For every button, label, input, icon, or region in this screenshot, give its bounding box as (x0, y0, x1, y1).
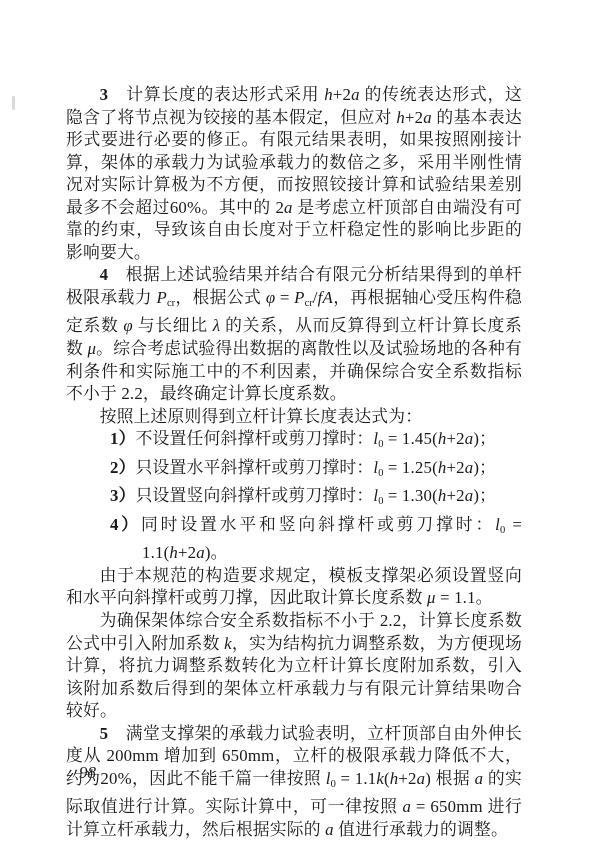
list-item-1: 1）不设置任何斜撑杆或剪刀撑时：l0 = 1.45(h+2a)； (66, 428, 522, 457)
document-page: 3 计算长度的表达形式采用 h+2a 的传统表达形式，这隐含了将节点视为铰接的基… (0, 0, 600, 848)
list-item-3: 3）只设置竖向斜撑杆或剪刀撑时：l0 = 1.30(h+2a)； (66, 485, 522, 514)
paragraph-item-4: 4 根据上述试验结果并结合有限元分析结果得到的单杆极限承载力 Pcr，根据公式 … (66, 264, 522, 405)
list-item-4: 4）同时设置水平和竖向斜撑杆或剪刀撑时：l0 = 1.1(h+2a)。 (66, 514, 522, 565)
paragraph-mu: 由于本规范的构造要求规定，模板支撑架必须设置竖向和水平向斜撑杆或剪刀撑，因此取计… (66, 565, 522, 610)
paragraph-k-factor: 为确保架体综合安全系数指标不小于 2.2，计算长度系数公式中引入附加系数 k，实… (66, 610, 522, 723)
page-number: 98 (79, 763, 96, 783)
paragraph-item-3: 3 计算长度的表达形式采用 h+2a 的传统表达形式，这隐含了将节点视为铰接的基… (66, 84, 522, 264)
paragraph-item-5: 5 满堂支撑架的承载力试验表明，立杆顶部自由外伸长度从 200mm 增加到 65… (66, 723, 522, 842)
intro-line: 按照上述原则得到立杆计算长度表达式为： (66, 406, 522, 429)
scan-artifact (12, 96, 15, 110)
list-item-2: 2）只设置水平斜撑杆或剪刀撑时：l0 = 1.25(h+2a)； (66, 457, 522, 486)
page-content: 3 计算长度的表达形式采用 h+2a 的传统表达形式，这隐含了将节点视为铰接的基… (66, 84, 522, 842)
